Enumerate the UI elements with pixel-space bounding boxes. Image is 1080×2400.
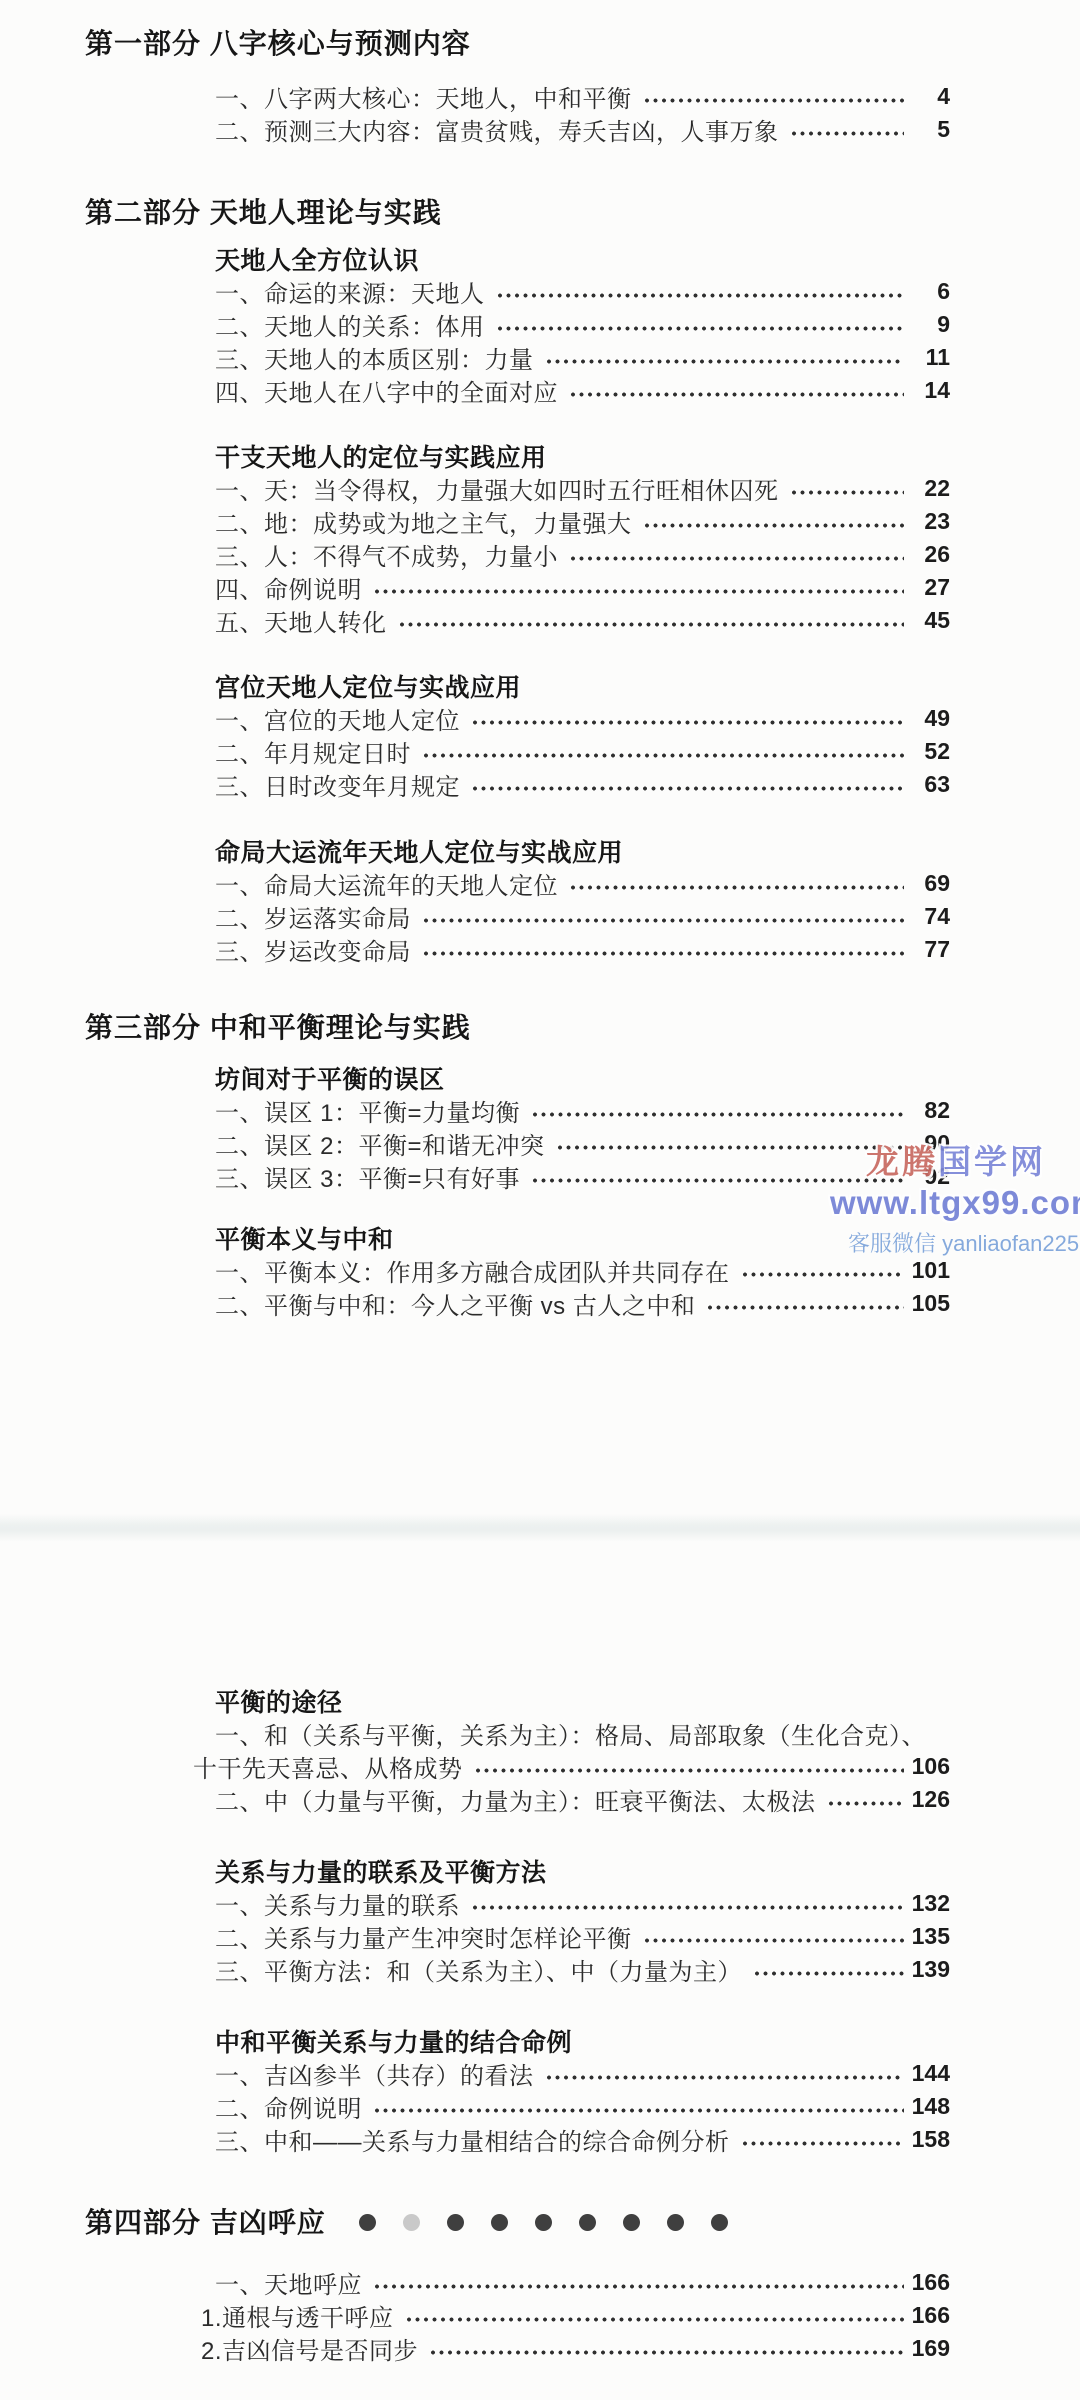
page-number: 158: [910, 2126, 950, 2153]
section-heading-row: 平衡的途径: [215, 1684, 950, 1717]
dot-leader: [532, 1177, 904, 1184]
toc-entry-title: 一、宫位的天地人定位: [215, 701, 460, 736]
toc-entry-title: 三、误区 3：平衡=只有好事: [215, 1159, 520, 1194]
toc-entry-title: 二、误区 2：平衡=和谐无冲突: [215, 1126, 545, 1161]
toc-entry-title: 三、日时改变年月规定: [215, 767, 460, 802]
dot-leader: [423, 752, 904, 759]
page-number: 63: [910, 771, 950, 798]
section-heading: 关系与力量的联系及平衡方法: [215, 1853, 547, 1889]
dot-leader: [754, 1970, 904, 1977]
section-heading-row: 平衡本义与中和: [215, 1221, 950, 1254]
toc-entry: 二、中（力量与平衡，力量为主）：旺衰平衡法、太极法 126: [215, 1783, 950, 1816]
dot-leader: [374, 2107, 904, 2114]
toc-entry: 三、日时改变年月规定 63: [215, 768, 950, 801]
toc-entry-title: 2.吉凶信号是否同步: [201, 2331, 418, 2366]
dot-leader: [374, 2283, 904, 2290]
dot-leader: [791, 130, 905, 137]
page-number: 77: [910, 936, 950, 963]
page-number: 126: [910, 1786, 950, 1813]
dot-leader: [472, 1904, 904, 1911]
page-number: 82: [910, 1097, 950, 1124]
toc-entry: 一、天地呼应 166: [215, 2266, 950, 2299]
part-heading-3: 第三部分 中和平衡理论与实践: [85, 1011, 471, 1044]
dot-leader: [497, 292, 905, 299]
toc-entry: 二、平衡与中和：今人之平衡 vs 古人之中和 105: [215, 1287, 950, 1320]
toc-entry-title: 四、天地人在八字中的全面对应: [215, 373, 558, 408]
toc-entry-title: 一、误区 1：平衡=力量均衡: [215, 1093, 520, 1128]
dot-leader: [472, 719, 904, 726]
toc-entry-title: 十干先天喜忌、从格成势: [193, 1749, 463, 1784]
dot-leader: [570, 884, 904, 891]
toc-entry-title: 一、八字两大核心：天地人，中和平衡: [215, 79, 632, 114]
toc-entry: 一、宫位的天地人定位 49: [215, 702, 950, 735]
dot-leader: [742, 2140, 905, 2147]
toc-entry-title: 一、天：当令得权，力量强大如四时五行旺相休囚死: [215, 471, 779, 506]
toc-entry-title: 二、命例说明: [215, 2089, 362, 2124]
page-number: 74: [910, 903, 950, 930]
dot-leader: [644, 522, 905, 529]
section-heading-row: 宫位天地人定位与实战应用: [215, 669, 950, 702]
page-number: 166: [910, 2269, 950, 2296]
section-pingheng-tujing: 平衡的途径 一、和（关系与平衡，关系为主）：格局、局部取象（生化合克）、 十干先…: [215, 1684, 950, 1816]
toc-entry: 四、命例说明 27: [215, 571, 950, 604]
toc-entry-title: 一、命运的来源：天地人: [215, 274, 485, 309]
toc-entry: 一、八字两大核心：天地人，中和平衡 4: [215, 80, 950, 113]
toc-entry-title: 三、天地人的本质区别：力量: [215, 340, 534, 375]
toc-entry: 十干先天喜忌、从格成势 106: [193, 1750, 950, 1783]
toc-entry: 1.通根与透干呼应 166: [201, 2299, 950, 2332]
part-heading-2: 第二部分 天地人理论与实践: [85, 196, 442, 229]
toc-entry: 五、天地人转化 45: [215, 604, 950, 637]
page-number: 52: [910, 738, 950, 765]
section-heading: 宫位天地人定位与实战应用: [215, 668, 521, 704]
toc-entry-title: 二、中（力量与平衡，力量为主）：旺衰平衡法、太极法: [215, 1782, 816, 1817]
toc-entry-title: 二、预测三大内容：富贵贫贱，寿夭吉凶，人事万象: [215, 112, 779, 147]
dot-leader: [644, 1937, 905, 1944]
dot-leader: [546, 358, 905, 365]
pagination-dot[interactable]: [447, 2214, 464, 2231]
toc-entry: 三、平衡方法：和（关系为主）、中（力量为主） 139: [215, 1953, 950, 1986]
part4-items: 一、天地呼应 166 1.通根与透干呼应 166 2.吉凶信号是否同步 169: [215, 2266, 950, 2365]
dot-leader: [791, 489, 905, 496]
page-number: 166: [910, 2302, 950, 2329]
dot-leader: [423, 950, 904, 957]
section-pingheng-benyi: 平衡本义与中和 一、平衡本义：作用多方融合成团队并共同存在 101 二、平衡与中…: [215, 1221, 950, 1320]
pagination-dot[interactable]: [535, 2214, 552, 2231]
page-number: 69: [910, 870, 950, 897]
page-number: 144: [910, 2060, 950, 2087]
section-gongwei-dingwei: 宫位天地人定位与实战应用 一、宫位的天地人定位 49 二、年月规定日时 52 三…: [215, 669, 950, 801]
pagination-dot[interactable]: [667, 2214, 684, 2231]
pagination-dot[interactable]: [623, 2214, 640, 2231]
toc-entry: 一、命运的来源：天地人 6: [215, 275, 950, 308]
toc-entry-title: 二、关系与力量产生冲突时怎样论平衡: [215, 1919, 632, 1954]
page-number: 4: [910, 83, 950, 110]
dot-leader: [570, 391, 904, 398]
toc-entry: 一、关系与力量的联系 132: [215, 1887, 950, 1920]
toc-entry-title: 一、平衡本义：作用多方融合成团队并共同存在: [215, 1253, 730, 1288]
page-number: 101: [910, 1257, 950, 1284]
watermark-brand: 龙腾国学网: [866, 1136, 1046, 1183]
dot-leader: [644, 97, 905, 104]
watermark-brand-left: 龙腾: [866, 1143, 938, 1180]
dot-leader: [475, 1767, 905, 1774]
page-number: 49: [910, 705, 950, 732]
toc-entry-title: 二、岁运落实命局: [215, 899, 411, 934]
page-number: 106: [910, 1753, 950, 1780]
page-number: 45: [910, 607, 950, 634]
dot-leader: [707, 1304, 904, 1311]
page-number: 6: [910, 278, 950, 305]
toc-entry: 二、误区 2：平衡=和谐无冲突 90: [215, 1127, 950, 1160]
dot-leader: [406, 2316, 904, 2323]
section-heading-row: 中和平衡关系与力量的结合命例: [215, 2024, 950, 2057]
section-heading: 平衡的途径: [215, 1683, 343, 1719]
section-guanxi-liliang: 关系与力量的联系及平衡方法 一、关系与力量的联系 132 二、关系与力量产生冲突…: [215, 1854, 950, 1986]
section-ganzhi-dingwei: 干支天地人的定位与实践应用 一、天：当令得权，力量强大如四时五行旺相休囚死 22…: [215, 439, 950, 637]
watermark-brand-right: 国学网: [938, 1143, 1046, 1180]
page-number: 22: [910, 475, 950, 502]
dot-leader: [472, 785, 904, 792]
pagination-dot-active[interactable]: [403, 2214, 420, 2231]
page-number: 148: [910, 2093, 950, 2120]
toc-entry-title: 一、和（关系与平衡，关系为主）：格局、局部取象（生化合克）、: [215, 1716, 926, 1751]
page-number: 135: [910, 1923, 950, 1950]
section-tiandiren-quanfangwei: 天地人全方位认识 一、命运的来源：天地人 6 二、天地人的关系：体用 9 三、天…: [215, 242, 950, 407]
toc-entry: 二、关系与力量产生冲突时怎样论平衡 135: [215, 1920, 950, 1953]
toc-entry: 二、岁运落实命局 74: [215, 900, 950, 933]
page-number: 23: [910, 508, 950, 535]
page-break-band: [0, 1514, 1080, 1542]
toc-entry-title: 三、人：不得气不成势，力量小: [215, 537, 558, 572]
toc-entry-title: 一、天地呼应: [215, 2265, 362, 2300]
toc-entry-title: 五、天地人转化: [215, 603, 387, 638]
page-number: 26: [910, 541, 950, 568]
section-heading: 坊间对于平衡的误区: [215, 1060, 445, 1096]
page-number: 14: [910, 377, 950, 404]
toc-entry-title: 一、关系与力量的联系: [215, 1886, 460, 1921]
dot-leader: [497, 325, 905, 332]
section-heading-row: 坊间对于平衡的误区: [215, 1061, 950, 1094]
watermark-url: www.ltgx99.com: [830, 1184, 1080, 1222]
toc-entry-title: 二、天地人的关系：体用: [215, 307, 485, 342]
toc-entry: 2.吉凶信号是否同步 169: [201, 2332, 950, 2365]
dot-leader: [570, 555, 904, 562]
section-heading-row: 关系与力量的联系及平衡方法: [215, 1854, 950, 1887]
dot-leader: [399, 621, 905, 628]
toc-entry-title: 一、命局大运流年的天地人定位: [215, 866, 558, 901]
toc-entry: 一、命局大运流年的天地人定位 69: [215, 867, 950, 900]
page-number: 11: [910, 344, 950, 371]
toc-entry: 二、天地人的关系：体用 9: [215, 308, 950, 341]
toc-entry: 三、中和——关系与力量相结合的综合命例分析 158: [215, 2123, 950, 2156]
toc-entry-title: 三、岁运改变命局: [215, 932, 411, 967]
watermark-contact: 客服微信 yanliaofan225: [848, 1227, 1079, 1258]
toc-entry: 二、年月规定日时 52: [215, 735, 950, 768]
toc-entry: 二、地：成势或为地之主气，力量强大 23: [215, 505, 950, 538]
page-number: 9: [910, 311, 950, 338]
dot-leader: [557, 1144, 904, 1151]
toc-entry-title: 四、命例说明: [215, 570, 362, 605]
section-heading-row: 命局大运流年天地人定位与实战应用: [215, 834, 950, 867]
toc-entry: 三、人：不得气不成势，力量小 26: [215, 538, 950, 571]
section-heading: 干支天地人的定位与实践应用: [215, 438, 547, 474]
part-heading-1: 第一部分 八字核心与预测内容: [85, 27, 471, 60]
pagination-dots[interactable]: [359, 2214, 728, 2231]
section-heading-row: 天地人全方位认识: [215, 242, 950, 275]
toc-entry-title: 二、平衡与中和：今人之平衡 vs 古人之中和: [215, 1286, 695, 1321]
toc-entry: 三、岁运改变命局 77: [215, 933, 950, 966]
dot-leader: [532, 1111, 904, 1118]
dot-leader: [423, 917, 904, 924]
page-number: 27: [910, 574, 950, 601]
toc-entry: 四、天地人在八字中的全面对应 14: [215, 374, 950, 407]
section-heading: 命局大运流年天地人定位与实战应用: [215, 833, 623, 869]
pagination-dot[interactable]: [579, 2214, 596, 2231]
toc-entry: 一、误区 1：平衡=力量均衡 82: [215, 1094, 950, 1127]
toc-entry: 一、天：当令得权，力量强大如四时五行旺相休囚死 22: [215, 472, 950, 505]
section-mingju-dayun: 命局大运流年天地人定位与实战应用 一、命局大运流年的天地人定位 69 二、岁运落…: [215, 834, 950, 966]
section-heading-row: 干支天地人的定位与实践应用: [215, 439, 950, 472]
toc-entry: 三、天地人的本质区别：力量 11: [215, 341, 950, 374]
page-number: 132: [910, 1890, 950, 1917]
page-number: 105: [910, 1290, 950, 1317]
pagination-dot[interactable]: [359, 2214, 376, 2231]
section-heading: 中和平衡关系与力量的结合命例: [215, 2023, 572, 2059]
section-pingheng-wuqu: 坊间对于平衡的误区 一、误区 1：平衡=力量均衡 82 二、误区 2：平衡=和谐…: [215, 1061, 950, 1193]
page-number: 169: [910, 2335, 950, 2362]
toc-entry: 一、和（关系与平衡，关系为主）：格局、局部取象（生化合克）、: [215, 1717, 950, 1750]
toc-entry-title: 一、吉凶参半（共存）的看法: [215, 2056, 534, 2091]
section-heading: 天地人全方位认识: [215, 241, 419, 277]
toc-entry: 一、平衡本义：作用多方融合成团队并共同存在 101: [215, 1254, 950, 1287]
dot-leader: [430, 2349, 904, 2356]
toc-entry: 二、预测三大内容：富贵贫贱，寿夭吉凶，人事万象 5: [215, 113, 950, 146]
section-zhonghe-mingli: 中和平衡关系与力量的结合命例 一、吉凶参半（共存）的看法 144 二、命例说明 …: [215, 2024, 950, 2156]
dot-leader: [546, 2074, 905, 2081]
scanned-toc-page: 第一部分 八字核心与预测内容 一、八字两大核心：天地人，中和平衡 4 二、预测三…: [0, 0, 1080, 2400]
toc-entry-title: 二、年月规定日时: [215, 734, 411, 769]
dot-leader: [742, 1271, 905, 1278]
page-number: 139: [910, 1956, 950, 1983]
page-number: 5: [910, 116, 950, 143]
toc-entry: 一、吉凶参半（共存）的看法 144: [215, 2057, 950, 2090]
toc-entry-title: 二、地：成势或为地之主气，力量强大: [215, 504, 632, 539]
pagination-dot[interactable]: [491, 2214, 508, 2231]
part-heading-4: 第四部分 吉凶呼应: [85, 2206, 326, 2239]
dot-leader: [374, 588, 904, 595]
dot-leader: [828, 1800, 905, 1807]
section-heading: 平衡本义与中和: [215, 1220, 394, 1256]
toc-entry-title: 1.通根与透干呼应: [201, 2298, 394, 2333]
toc-entry-title: 三、平衡方法：和（关系为主）、中（力量为主）: [215, 1952, 742, 1987]
pagination-dot[interactable]: [711, 2214, 728, 2231]
part1-items: 一、八字两大核心：天地人，中和平衡 4 二、预测三大内容：富贵贫贱，寿夭吉凶，人…: [215, 80, 950, 146]
toc-entry: 二、命例说明 148: [215, 2090, 950, 2123]
toc-entry-title: 三、中和——关系与力量相结合的综合命例分析: [215, 2122, 730, 2157]
